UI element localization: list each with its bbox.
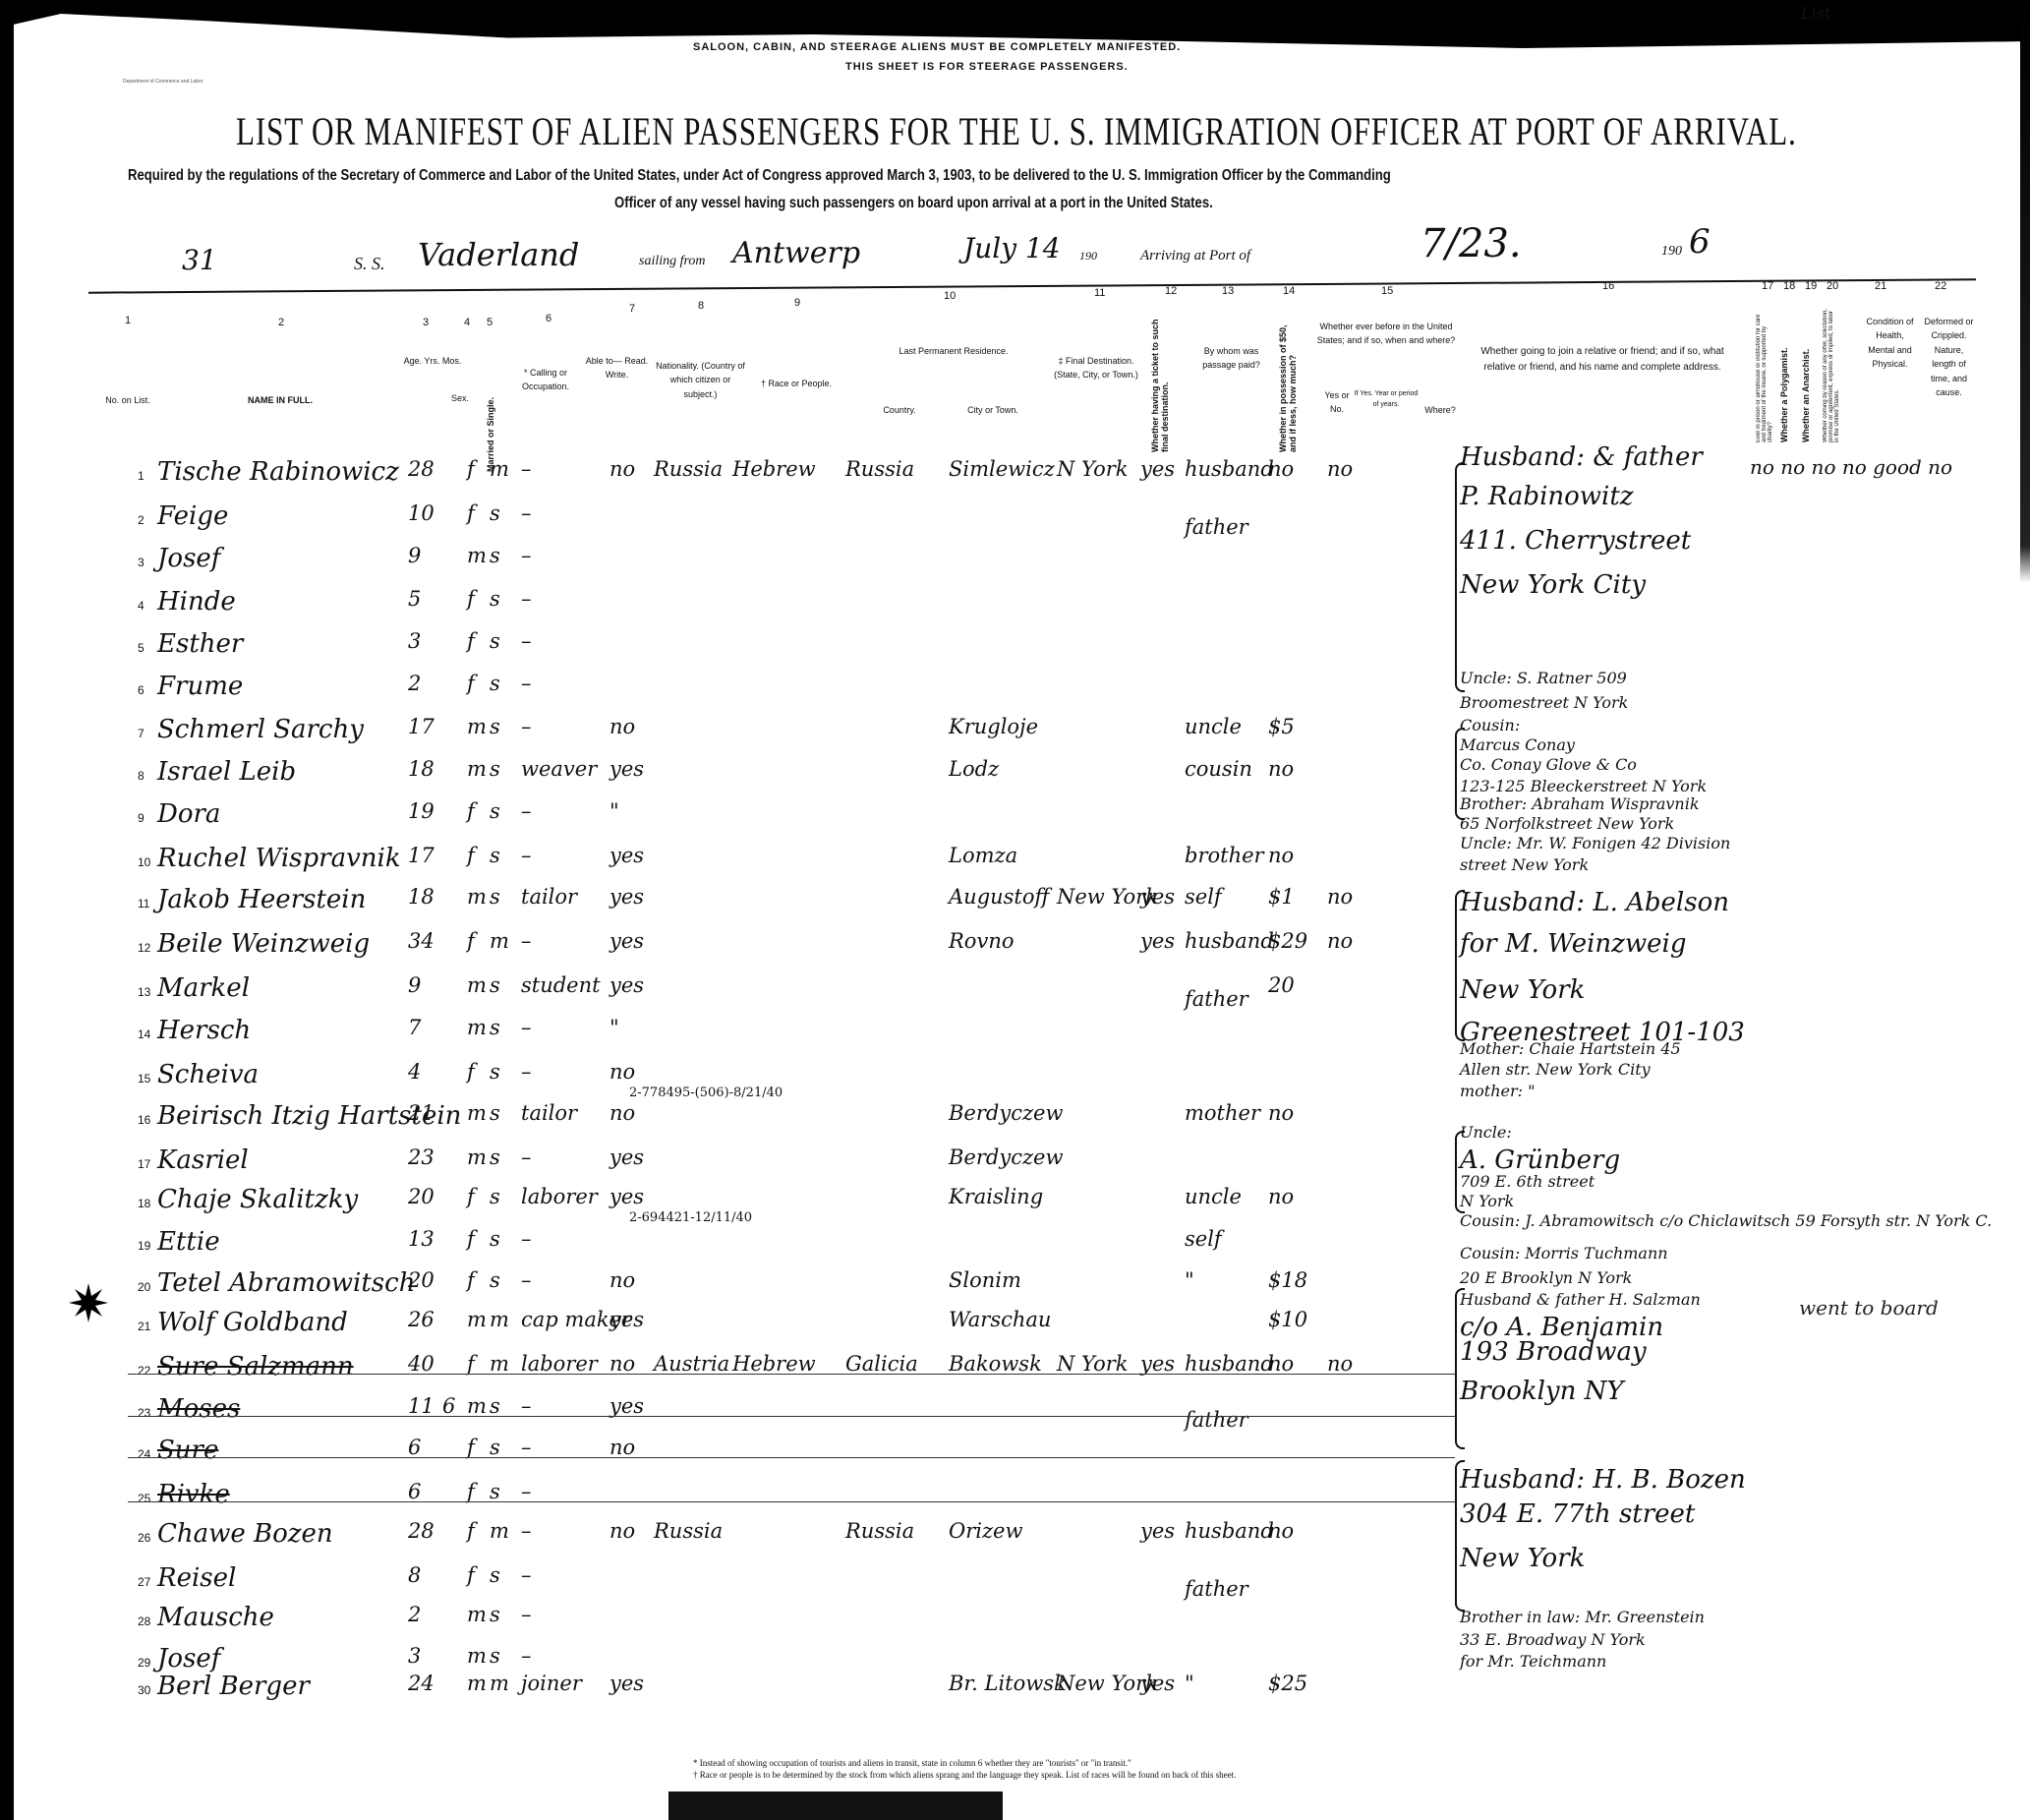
row-number: 18: [138, 1197, 150, 1210]
occupation: –: [521, 457, 532, 481]
relative-address-line: Cousin: J. Abramowitsch c/o Chiclawitsch…: [1460, 1211, 1992, 1230]
age: 10: [408, 501, 435, 525]
passenger-name: Berl Berger: [157, 1672, 310, 1701]
sex: f: [467, 629, 475, 653]
sex: m: [467, 1101, 487, 1125]
residence-city: Orizew: [949, 1519, 1022, 1543]
marital-status: s: [490, 1603, 500, 1626]
money: no: [1268, 757, 1294, 781]
nationality: Russia: [654, 457, 723, 481]
passage-paid-by: husband: [1185, 1519, 1274, 1543]
sex: f: [467, 457, 475, 481]
passenger-name: Josef: [157, 1644, 220, 1673]
col-hdr-read-write: Able to— Read. Write.: [585, 354, 649, 382]
row-number: 10: [138, 855, 150, 869]
passenger-name: Scheiva: [157, 1060, 259, 1089]
port-from: Antwerp: [732, 236, 860, 270]
passage-paid-by: mother: [1185, 1101, 1260, 1125]
top-notice-1: SALOON, CABIN, AND STEERAGE ALIENS MUST …: [693, 41, 1181, 53]
marital-status: s: [490, 1268, 500, 1292]
row-number: 16: [138, 1113, 150, 1127]
margin-note-went-to-board: went to board: [1799, 1296, 1939, 1320]
passenger-name: Schmerl Sarchy: [157, 715, 364, 744]
passenger-name: Beile Weinzweig: [157, 929, 370, 959]
age: 20: [408, 1268, 435, 1292]
occupation: weaver: [521, 757, 597, 781]
occupation: –: [521, 1644, 532, 1668]
passenger-row: 23Moses116ms–yesfather: [0, 1394, 2030, 1432]
residence-city: Kraisling: [949, 1185, 1043, 1208]
passenger-name: Josef: [157, 544, 220, 573]
col-hdr-passage-paid: By whom was passage paid?: [1194, 344, 1268, 373]
row-number: 23: [138, 1406, 150, 1420]
read-write: yes: [609, 1145, 644, 1169]
read-write: yes: [609, 885, 644, 909]
residence-city: Bakowsk: [949, 1352, 1042, 1376]
brace-family-22: [1455, 1288, 1465, 1449]
marital-status: s: [490, 629, 500, 653]
residence-city: Berdyczew: [949, 1145, 1063, 1169]
occupation: laborer: [521, 1352, 598, 1376]
relative-address-line: Husband: & father: [1460, 442, 1703, 472]
money: no: [1268, 1101, 1294, 1125]
brace-family-1: [1455, 462, 1465, 692]
sex: m: [467, 1016, 487, 1039]
passage-paid-by: father: [1185, 515, 1248, 539]
brace-family-12: [1455, 890, 1465, 1041]
passenger-name: Kasriel: [157, 1145, 249, 1175]
col-hdr-race: † Race or People.: [757, 377, 836, 390]
relative-address-line: 33 E. Broadway N York: [1460, 1630, 1646, 1649]
age: 40: [408, 1352, 435, 1376]
passenger-row: 9Dora19fs–": [0, 799, 2030, 837]
occupation: laborer: [521, 1185, 598, 1208]
arriving-label: Arriving at Port of: [1140, 248, 1250, 264]
passenger-name: Jakob Heerstein: [157, 885, 366, 914]
age: 6: [408, 1436, 421, 1459]
marital-status: m: [490, 1352, 509, 1376]
row-number: 1: [138, 469, 145, 483]
occupation: –: [521, 629, 532, 653]
row-number: 6: [138, 683, 145, 697]
occupation: –: [521, 544, 532, 567]
relative-address-line: Uncle: S. Ratner 509: [1460, 669, 1627, 687]
age: 23: [408, 1145, 435, 1169]
col-num-12: 12: [1165, 285, 1177, 297]
list-label: List: [1801, 4, 1830, 23]
read-write: no: [609, 715, 635, 738]
occupation: –: [521, 1060, 532, 1084]
passenger-row: 2Feige10fs–father: [0, 501, 2030, 539]
relative-address-line: Cousin: Morris Tuchmann: [1460, 1244, 1668, 1262]
passenger-row: 19Ettie13fs–self: [0, 1227, 2030, 1264]
col-hdr-city: City or Town.: [949, 403, 1037, 417]
occupation: –: [521, 1603, 532, 1626]
sex: f: [467, 1519, 475, 1543]
col-hdr-name: NAME IN FULL.: [221, 393, 339, 407]
money: $29: [1268, 929, 1307, 953]
col-num-11: 11: [1094, 287, 1105, 299]
marital-status: s: [490, 1227, 500, 1251]
occupation: –: [521, 929, 532, 953]
header-rule: [88, 278, 1976, 293]
relative-address-line: New York City: [1460, 570, 1646, 600]
age: 3: [408, 629, 421, 653]
ticket: yes: [1140, 929, 1175, 953]
money: $10: [1268, 1308, 1307, 1331]
marital-status: s: [490, 501, 500, 525]
sex: m: [467, 1672, 487, 1695]
occupation: tailor: [521, 1101, 577, 1125]
money: $18: [1268, 1268, 1307, 1292]
relative-address-line: Husband: H. B. Bozen: [1460, 1465, 1746, 1495]
age: 7: [408, 1016, 421, 1039]
row-number: 15: [138, 1072, 150, 1086]
ticket: yes: [1140, 885, 1175, 909]
sex: f: [467, 799, 475, 823]
relative-address-line: Mother: Chaie Hartstein 45: [1460, 1039, 1681, 1058]
marital-status: m: [490, 1519, 509, 1543]
col-hdr-anarchist: Whether an Anarchist.: [1801, 305, 1811, 442]
relative-address-line: Marcus Conay: [1460, 735, 1575, 754]
age: 34: [408, 929, 435, 953]
relative-address-line: Husband & father H. Salzman: [1460, 1290, 1701, 1309]
occupation: –: [521, 672, 532, 695]
row-number: 28: [138, 1615, 150, 1628]
passenger-row: 5Esther3fs–: [0, 629, 2030, 667]
money: no: [1268, 844, 1294, 867]
residence-city: Krugloje: [949, 715, 1038, 738]
sex: m: [467, 544, 487, 567]
passenger-name: Israel Leib: [157, 757, 296, 787]
relative-address-line: for M. Weinzweig: [1460, 929, 1686, 959]
age: 21: [408, 1101, 435, 1125]
marital-status: s: [490, 1436, 500, 1459]
sex: f: [467, 1060, 475, 1084]
occupation: –: [521, 1480, 532, 1503]
marital-status: s: [490, 1016, 500, 1039]
year-prefix-1: 190: [1079, 249, 1097, 264]
passage-paid-by: husband: [1185, 457, 1274, 481]
relative-address-line: 193 Broadway: [1460, 1337, 1647, 1367]
sex: f: [467, 1480, 475, 1503]
residence-city: Lodz: [949, 757, 999, 781]
age: 3: [408, 1644, 421, 1668]
residence-country: Galicia: [845, 1352, 918, 1376]
col-num-16: 16: [1602, 280, 1614, 292]
relative-address-line: New York: [1460, 1544, 1585, 1573]
row-number: 7: [138, 727, 145, 740]
row-number: 14: [138, 1027, 150, 1041]
sex: f: [467, 1185, 475, 1208]
marital-status: s: [490, 757, 500, 781]
relative-address-line: 20 E Brooklyn N York: [1460, 1268, 1632, 1287]
passage-paid-by: husband: [1185, 1352, 1274, 1376]
sex: m: [467, 757, 487, 781]
marital-status: m: [490, 1672, 509, 1695]
passenger-name: Hersch: [157, 1016, 251, 1045]
residence-country: Russia: [845, 457, 914, 481]
passage-paid-by: ": [1185, 1268, 1194, 1292]
relative-address-line: Broomestreet N York: [1460, 693, 1628, 712]
age: 5: [408, 587, 421, 611]
race: Hebrew: [732, 1352, 816, 1376]
marital-status: s: [490, 1563, 500, 1587]
relative-address-line: Allen str. New York City: [1460, 1060, 1651, 1079]
passenger-row: 17Kasriel23ms–yesBerdyczew: [0, 1145, 2030, 1183]
before-in-us: no: [1327, 1352, 1353, 1376]
row-number: 11: [138, 897, 149, 910]
occupation: –: [521, 1145, 532, 1169]
relative-address-line: Husband: L. Abelson: [1460, 888, 1729, 917]
age: 28: [408, 457, 435, 481]
col-hdr-sex: Sex.: [440, 391, 480, 405]
passage-paid-by: father: [1185, 1577, 1248, 1601]
brace-family-26: [1455, 1460, 1465, 1612]
money: 20: [1268, 973, 1295, 997]
col-hdr-health: Condition of Health, Mental and Physical…: [1863, 315, 1917, 372]
relative-address-line: Uncle:: [1460, 1123, 1512, 1142]
marital-status: s: [490, 885, 500, 909]
required-line-2: Officer of any vessel having such passen…: [614, 195, 1213, 212]
age: 9: [408, 973, 421, 997]
passenger-name: Dora: [157, 799, 220, 829]
passenger-row: 8Israel Leib18msweaveryesLodzcousinno: [0, 757, 2030, 794]
relative-address-line: Cousin:: [1460, 716, 1520, 734]
ticket: yes: [1140, 1672, 1175, 1695]
col-hdr-prison: Ever in prison or almshouse or instituti…: [1756, 305, 1773, 442]
col-hdr-yes-no: Yes or No.: [1317, 388, 1357, 417]
col-num-8: 8: [698, 300, 704, 312]
col-hdr-country: Country.: [855, 403, 944, 417]
passenger-row: 22Sure Salzmann40fmlaborernoAustriaHebre…: [0, 1352, 2030, 1389]
sex: f: [467, 587, 475, 611]
marital-status: s: [490, 844, 500, 867]
col-num-22: 22: [1935, 280, 1946, 292]
passenger-row: 6Frume2fs–: [0, 672, 2030, 709]
year-suffix: 6: [1689, 222, 1711, 262]
row-number: 20: [138, 1280, 150, 1294]
read-write: no: [609, 1352, 635, 1376]
marital-status: s: [490, 973, 500, 997]
read-write: ": [609, 1016, 619, 1039]
passage-paid-by: ": [1185, 1672, 1194, 1695]
passenger-row: 16Beirisch Itzig Hartstein21mstailornoBe…: [0, 1101, 2030, 1139]
ticket: yes: [1140, 1352, 1175, 1376]
passenger-row: 27Reisel8fs–father: [0, 1563, 2030, 1601]
brace-uncle-grunberg: [1455, 1131, 1465, 1213]
ss-label: S. S.: [354, 254, 385, 274]
sex: m: [467, 1394, 487, 1418]
passenger-name: Feige: [157, 501, 228, 531]
sex: f: [467, 1268, 475, 1292]
read-write: no: [609, 1060, 635, 1084]
passenger-name: Ruchel Wispravnik: [157, 844, 401, 873]
nationality: Russia: [654, 1519, 723, 1543]
age: 20: [408, 1185, 435, 1208]
sex: m: [467, 715, 487, 738]
age: 6: [408, 1480, 421, 1503]
passenger-row: 30Berl Berger24mmjoineryesBr. LitowskNew…: [0, 1672, 2030, 1709]
read-write: yes: [609, 1394, 644, 1418]
passenger-row: 3Josef9ms–: [0, 544, 2030, 581]
age: 4: [408, 1060, 421, 1084]
occupation: –: [521, 1268, 532, 1292]
read-write: no: [609, 1268, 635, 1292]
money: $25: [1268, 1672, 1307, 1695]
age: 2: [408, 672, 421, 695]
residence-city: Warschau: [949, 1308, 1051, 1331]
money: no: [1268, 1185, 1294, 1208]
passenger-row: 21Wolf Goldband26mmcap makeryesWarschau$…: [0, 1308, 2030, 1345]
passenger-name: Frume: [157, 672, 243, 701]
passenger-name: Sure Salzmann: [157, 1352, 354, 1381]
row-number: 3: [138, 556, 145, 569]
manifest-title: LIST OR MANIFEST OF ALIEN PASSENGERS FOR…: [236, 108, 1797, 154]
col-num-13: 13: [1222, 285, 1234, 297]
nationality: Austria: [654, 1352, 729, 1376]
col-num-14: 14: [1283, 285, 1295, 297]
col-hdr-where: Where?: [1416, 403, 1465, 417]
col-hdr-nationality: Nationality. (Country of which citizen o…: [654, 359, 747, 401]
manifest-page: SALOON, CABIN, AND STEERAGE ALIENS MUST …: [0, 0, 2030, 1820]
col-hdr-labor-offer: Whether coming by reason of any offer, s…: [1823, 305, 1840, 442]
dept-stamp: Department of Commerce and Labor: [123, 79, 203, 85]
passenger-name: Moses: [157, 1394, 240, 1424]
final-destination: N York: [1057, 1352, 1129, 1376]
top-notice-2: THIS SHEET IS FOR STEERAGE PASSENGERS.: [845, 61, 1129, 73]
age: 13: [408, 1227, 435, 1251]
relative-address-line: Co. Conay Glove & Co: [1460, 755, 1637, 774]
occupation: –: [521, 844, 532, 867]
age: 19: [408, 799, 435, 823]
row-number: 4: [138, 599, 145, 613]
footnote-2: † Race or people is to be determined by …: [693, 1770, 1236, 1780]
col-num-2: 2: [278, 317, 284, 328]
marital-status: m: [490, 929, 509, 953]
col-num-9: 9: [794, 297, 800, 309]
residence-city: Br. Litowsk: [949, 1672, 1067, 1695]
money: $5: [1268, 715, 1295, 738]
passage-paid-by: husband: [1185, 929, 1274, 953]
occupation: –: [521, 1394, 532, 1418]
passenger-name: Hinde: [157, 587, 236, 616]
read-write: yes: [609, 1185, 644, 1208]
sex: f: [467, 844, 475, 867]
row-number: 17: [138, 1157, 150, 1171]
residence-city: Lomza: [949, 844, 1017, 867]
col-num-5: 5: [487, 317, 493, 328]
passage-paid-by: self: [1185, 885, 1222, 909]
col-num-21: 21: [1875, 280, 1886, 292]
read-write: ": [609, 799, 619, 823]
passenger-name: Esther: [157, 629, 243, 659]
read-write: no: [609, 1101, 635, 1125]
sex: f: [467, 672, 475, 695]
required-line-1: Required by the regulations of the Secre…: [128, 167, 1982, 185]
row-number: 13: [138, 985, 150, 999]
marital-status: s: [490, 1394, 500, 1418]
read-write: yes: [609, 1308, 644, 1331]
age: 18: [408, 757, 435, 781]
passenger-row: 13Markel9msstudentyesfather20: [0, 973, 2030, 1011]
passenger-row: 28Mausche2ms–: [0, 1603, 2030, 1640]
col-num-3: 3: [423, 317, 429, 328]
passenger-row: 26Chawe Bozen28fm–noRussiaRussiaOrizewye…: [0, 1519, 2030, 1556]
col-hdr-money: Whether in possession of $50, and if les…: [1278, 315, 1298, 452]
age: 8: [408, 1563, 421, 1587]
passenger-name: Ettie: [157, 1227, 220, 1257]
relative-address-line: for Mr. Teichmann: [1460, 1652, 1606, 1671]
passenger-name: Chawe Bozen: [157, 1519, 333, 1549]
col-hdr-age: Age. Yrs. Mos.: [393, 354, 472, 368]
occupation: –: [521, 501, 532, 525]
row-number: 21: [138, 1320, 150, 1333]
passenger-name: Reisel: [157, 1563, 236, 1593]
money: no: [1268, 1352, 1294, 1376]
col-hdr-polygamist: Whether a Polygamist.: [1779, 305, 1789, 442]
passenger-name: Rivke: [157, 1480, 230, 1509]
sex: f: [467, 1436, 475, 1459]
strike-line: [128, 1416, 1455, 1417]
money: no: [1268, 1519, 1294, 1543]
age: 18: [408, 885, 435, 909]
passage-paid-by: self: [1185, 1227, 1222, 1251]
passage-paid-by: father: [1185, 1408, 1248, 1432]
passenger-name: Tetel Abramowitsch: [157, 1268, 415, 1298]
row-number: 27: [138, 1575, 150, 1589]
passage-paid-by: uncle: [1185, 1185, 1242, 1208]
residence-city: Rovno: [949, 929, 1015, 953]
row-number: 19: [138, 1239, 150, 1253]
marital-status: s: [490, 1060, 500, 1084]
marital-status: s: [490, 1480, 500, 1503]
passenger-name: Mausche: [157, 1603, 274, 1632]
passage-paid-by: cousin: [1185, 757, 1252, 781]
row-number: 12: [138, 941, 150, 955]
race: Hebrew: [732, 457, 816, 481]
passage-paid-by: brother: [1185, 844, 1264, 867]
col-hdr-relative: Whether going to join a relative or frie…: [1479, 344, 1725, 376]
relative-address-line: 65 Norfolkstreet New York: [1460, 814, 1674, 833]
occupation: –: [521, 1016, 532, 1039]
col-hdr-last-residence: Last Permanent Residence.: [855, 344, 1052, 358]
relative-address-line: Uncle: Mr. W. Fonigen 42 Division: [1460, 834, 1730, 852]
sex: m: [467, 1644, 487, 1668]
col-hdr-years: If Yes. Year or period of years.: [1352, 388, 1421, 410]
residence-city: Slonim: [949, 1268, 1021, 1292]
col-num-18: 18: [1783, 280, 1795, 292]
col-num-17: 17: [1762, 280, 1773, 292]
read-write: yes: [609, 929, 644, 953]
marital-status: m: [490, 457, 509, 481]
passenger-row: 4Hinde5fs–: [0, 587, 2030, 624]
age-months: 6: [442, 1394, 455, 1418]
residence-city: Berdyczew: [949, 1101, 1063, 1125]
col-num-10: 10: [944, 290, 956, 302]
row-number: 8: [138, 769, 145, 783]
col-num-4: 4: [464, 317, 470, 328]
relative-address-line: Brooklyn NY: [1460, 1377, 1624, 1406]
marital-status: s: [490, 1145, 500, 1169]
before-in-us: no: [1327, 885, 1353, 909]
occupation: –: [521, 587, 532, 611]
scan-border-top: [0, 0, 2030, 69]
read-write: no: [609, 1436, 635, 1459]
residence-city: Simlewicz: [949, 457, 1055, 481]
marital-status: s: [490, 1644, 500, 1668]
row-number: 2: [138, 513, 145, 527]
